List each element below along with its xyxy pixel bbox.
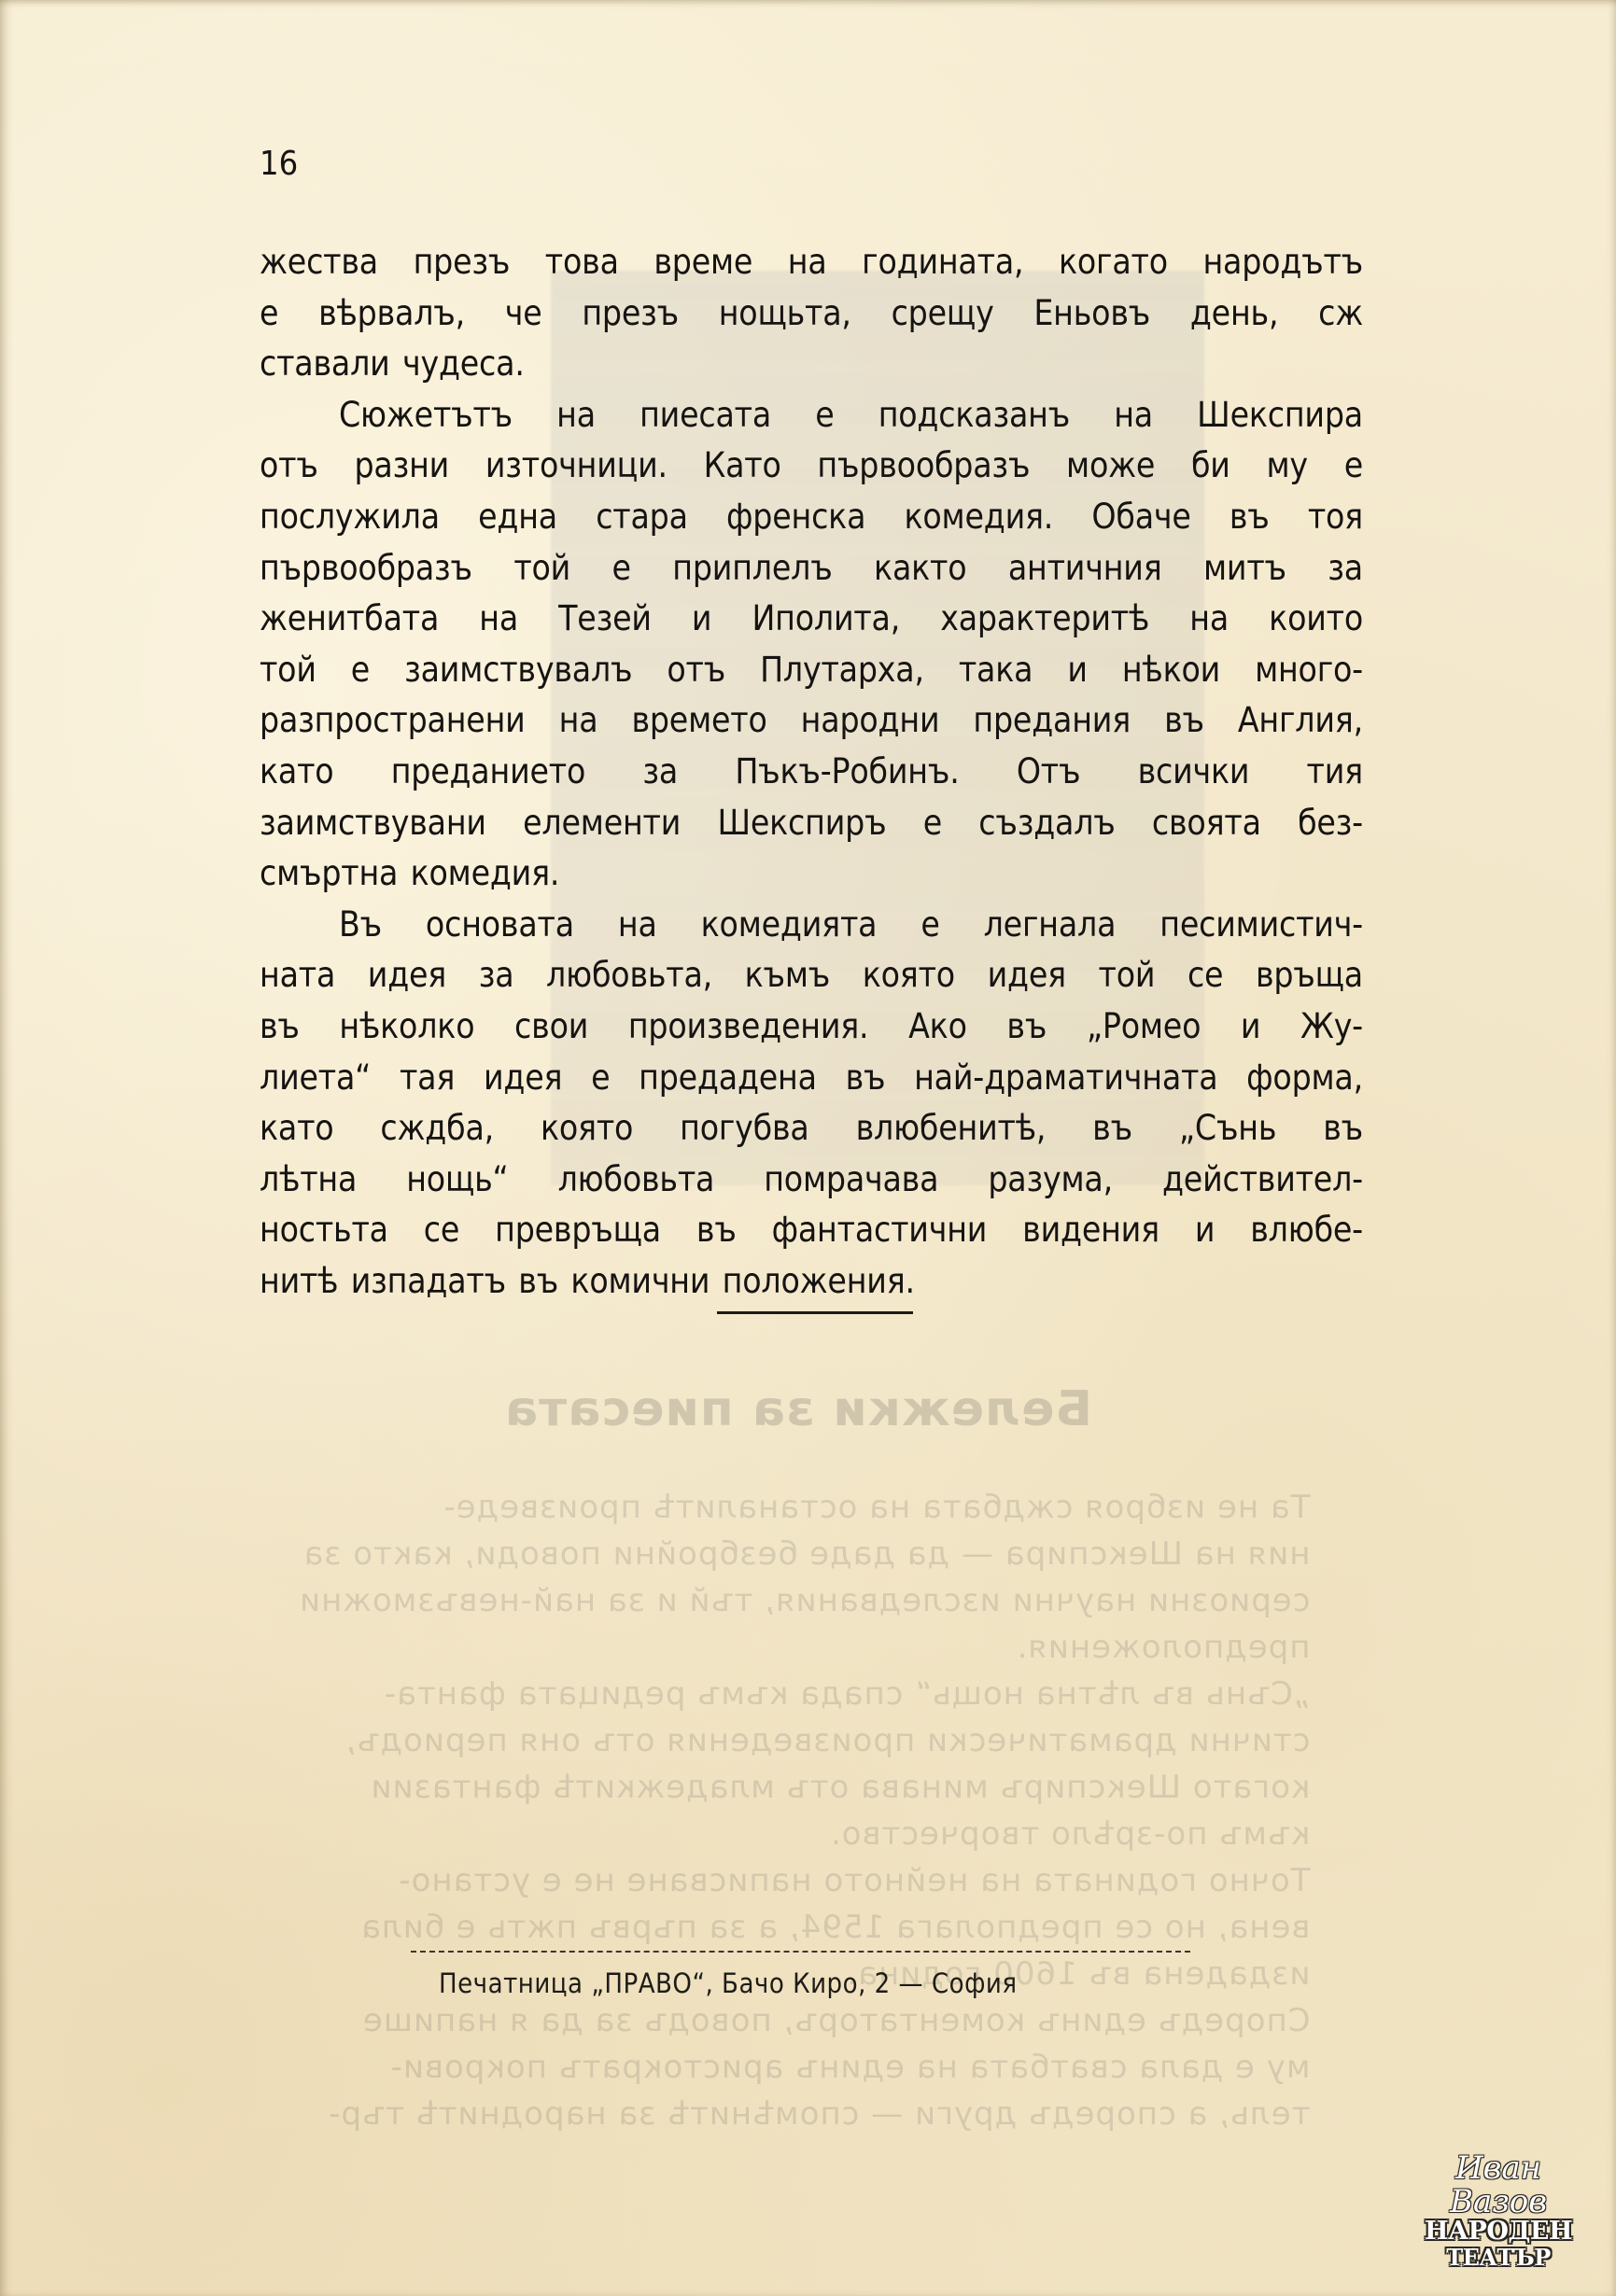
scanned-page: Бележки за пиесата Та не изброя сждбата … bbox=[0, 0, 1616, 2296]
bleed-through-line: къмъ по-зрѣло творчество. bbox=[299, 1811, 1311, 1857]
bleed-through-line: предположения. bbox=[299, 1624, 1311, 1671]
bleed-through-line: Споредъ единъ коментаторъ, поводъ за да … bbox=[299, 1997, 1311, 2044]
text-line: Сюжетътъ на пиесата е подсказанъ на Шекс… bbox=[260, 390, 1363, 441]
bleed-through-line: Та не изброя сждбата на останалитѣ произ… bbox=[299, 1484, 1311, 1531]
text-line: ставали чудеса. bbox=[260, 339, 1363, 390]
text-line: смъртна комедия. bbox=[260, 848, 1363, 900]
footer-rule bbox=[411, 1951, 1190, 1953]
text-line: нитѣ изпадатъ въ комични положения. bbox=[260, 1256, 1363, 1308]
page-number: 16 bbox=[260, 145, 298, 183]
text-line: първообразъ той е приплелъ както антични… bbox=[260, 543, 1363, 595]
national-theatre-logo: Иван Вазов НАРОДЕН ТЕАТЪР bbox=[1405, 2151, 1592, 2271]
bleed-through-line: му е дала сватбата на единъ аристократъ … bbox=[299, 2044, 1311, 2091]
bleed-through-body: Та не изброя сждбата на останалитѣ произ… bbox=[299, 1484, 1311, 2137]
bleed-through-line: „Сънь въ лѣтна нощь“ спада къмъ редицата… bbox=[299, 1671, 1311, 1717]
text-line: ната идея за любовьта, къмъ която идея т… bbox=[260, 950, 1363, 1001]
text-line: отъ разни източници. Като първообразъ мо… bbox=[260, 441, 1363, 492]
text-line: ностьта се превръща въ фантастични виден… bbox=[260, 1205, 1363, 1256]
text-line: жества презъ това време на годината, ког… bbox=[260, 237, 1363, 288]
text-line: женитбата на Тезей и Иполита, характерит… bbox=[260, 594, 1363, 645]
bleed-through-line: Точно годината на нейното написване не е… bbox=[299, 1857, 1311, 1904]
text-line: заимствувани елементи Шекспиръ е създалъ… bbox=[260, 798, 1363, 849]
text-line: въ нѣколко свои произведения. Ако въ „Ро… bbox=[260, 1001, 1363, 1053]
bleed-through-line: вена, но се предполага 1594, а за първъ … bbox=[299, 1904, 1311, 1951]
printer-imprint: Печатница „ПРАВО“, Бачо Киро, 2 — София bbox=[439, 1967, 1018, 1999]
text-line: лѣтна нощь“ любовьта помрачава разума, д… bbox=[260, 1155, 1363, 1206]
text-line: лиета“ тая идея е предадена въ най-драма… bbox=[260, 1053, 1363, 1104]
text-line: като преданието за Пъкъ-Робинъ. Отъ всич… bbox=[260, 747, 1363, 798]
text-line: разпространени на времето народни предан… bbox=[260, 695, 1363, 747]
section-divider bbox=[717, 1311, 913, 1314]
logo-signature: Иван Вазов bbox=[1405, 2151, 1592, 2219]
bleed-through-line: ния на Шекспира — да даде безбройни пово… bbox=[299, 1531, 1311, 1577]
logo-line-1: НАРОДЕН bbox=[1405, 2219, 1592, 2245]
text-line: като сждба, която погубва влюбенитѣ, въ … bbox=[260, 1103, 1363, 1155]
text-line: е вѣрвалъ, че презъ нощьта, срещу Еньовъ… bbox=[260, 288, 1363, 340]
bleed-through-line: стични драматически произведения отъ оня… bbox=[299, 1717, 1311, 1764]
bleed-through-line: тель, а споредъ други — спомѣнитѣ за нар… bbox=[299, 2091, 1311, 2137]
bleed-through-heading: Бележки за пиесата bbox=[504, 1381, 1092, 1437]
text-line: той е заимствувалъ отъ Плутарха, така и … bbox=[260, 645, 1363, 696]
bleed-through-line: когато Шекспиръ минава отъ младежкитѣ фа… bbox=[299, 1764, 1311, 1811]
text-line: послужила една стара френска комедия. Об… bbox=[260, 492, 1363, 543]
bleed-through-line: сериозни научни изследвания, тъй и за на… bbox=[299, 1577, 1311, 1624]
body-text: жества презъ това време на годината, ког… bbox=[260, 237, 1363, 1307]
text-line: Въ основата на комедията е легнала песим… bbox=[260, 900, 1363, 951]
logo-line-2: ТЕАТЪР bbox=[1405, 2245, 1592, 2271]
